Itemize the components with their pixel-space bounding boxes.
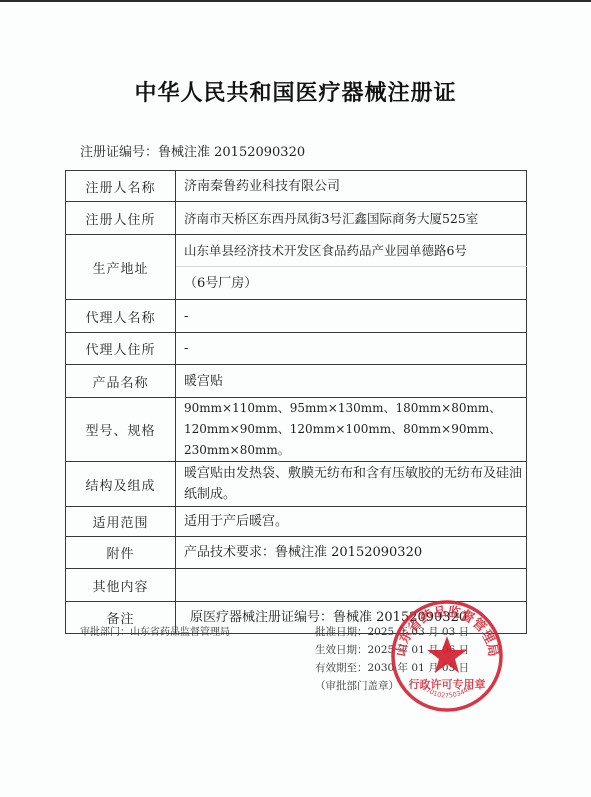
table-row: 代理人名称 -: [66, 300, 527, 333]
approval-department: 审批部门：山东省药品监督管理局: [80, 623, 230, 638]
row-value: 济南市天桥区东西丹凤街3号汇鑫国际商务大厦525室: [176, 202, 527, 235]
table-row: 产品名称 暖宫贴: [66, 365, 527, 398]
row-label: 附件: [66, 537, 176, 569]
svg-text:行政许可专用章: 行政许可专用章: [409, 677, 486, 691]
registration-number: 注册证编号：鲁械注准 20152090320: [80, 141, 305, 160]
row-value: 90mm×110mm、95mm×130mm、180mm×80mm、120mm×9…: [176, 398, 527, 462]
row-value-line2: （6号厂房）: [176, 267, 527, 300]
row-value: 暖宫贴: [176, 365, 527, 398]
row-label: 生产地址: [66, 235, 176, 300]
row-label: 适用范围: [66, 507, 176, 537]
row-label: 产品名称: [66, 365, 176, 398]
row-value: -: [176, 333, 527, 365]
table-row: 代理人住所 -: [66, 333, 527, 365]
row-label: 结构及组成: [66, 462, 176, 507]
table-row: 结构及组成 暖宫贴由发热袋、敷膜无纺布和含有压敏胶的无纺布及硅油纸制成。: [66, 462, 527, 507]
row-value: 济南秦鲁药业科技有限公司: [176, 171, 527, 202]
row-label: 型号、规格: [66, 398, 176, 462]
table-row: 注册人住所 济南市天桥区东西丹凤街3号汇鑫国际商务大厦525室: [66, 202, 527, 235]
row-value: -: [176, 300, 527, 333]
table-row: 生产地址 山东单县经济技术开发区食品药品产业园单德路6号: [66, 235, 527, 267]
official-seal-icon: 山东省药品监督管理局 行政许可专用章 3701027503440: [387, 596, 507, 716]
table-row: 注册人名称 济南秦鲁药业科技有限公司: [66, 171, 527, 202]
scan-edge: [0, 0, 591, 2]
row-value: 产品技术要求：鲁械注准 20152090320: [176, 537, 527, 569]
row-value: 暖宫贴由发热袋、敷膜无纺布和含有压敏胶的无纺布及硅油纸制成。: [176, 462, 527, 507]
row-value: 适用于产后暖宫。: [176, 507, 527, 537]
document-title: 中华人民共和国医疗器械注册证: [0, 76, 591, 107]
table-row: 适用范围 适用于产后暖宫。: [66, 507, 527, 537]
row-label: 注册人名称: [66, 171, 176, 202]
row-label: 代理人名称: [66, 300, 176, 333]
row-label: 代理人住所: [66, 333, 176, 365]
table-row: 型号、规格 90mm×110mm、95mm×130mm、180mm×80mm、1…: [66, 398, 527, 462]
row-value: 山东单县经济技术开发区食品药品产业园单德路6号: [176, 235, 527, 267]
row-label: 注册人住所: [66, 202, 176, 235]
certificate-table: 注册人名称 济南秦鲁药业科技有限公司 注册人住所 济南市天桥区东西丹凤街3号汇鑫…: [65, 170, 527, 634]
table-row: 附件 产品技术要求：鲁械注准 20152090320: [66, 537, 527, 569]
row-label: 其他内容: [66, 569, 176, 602]
